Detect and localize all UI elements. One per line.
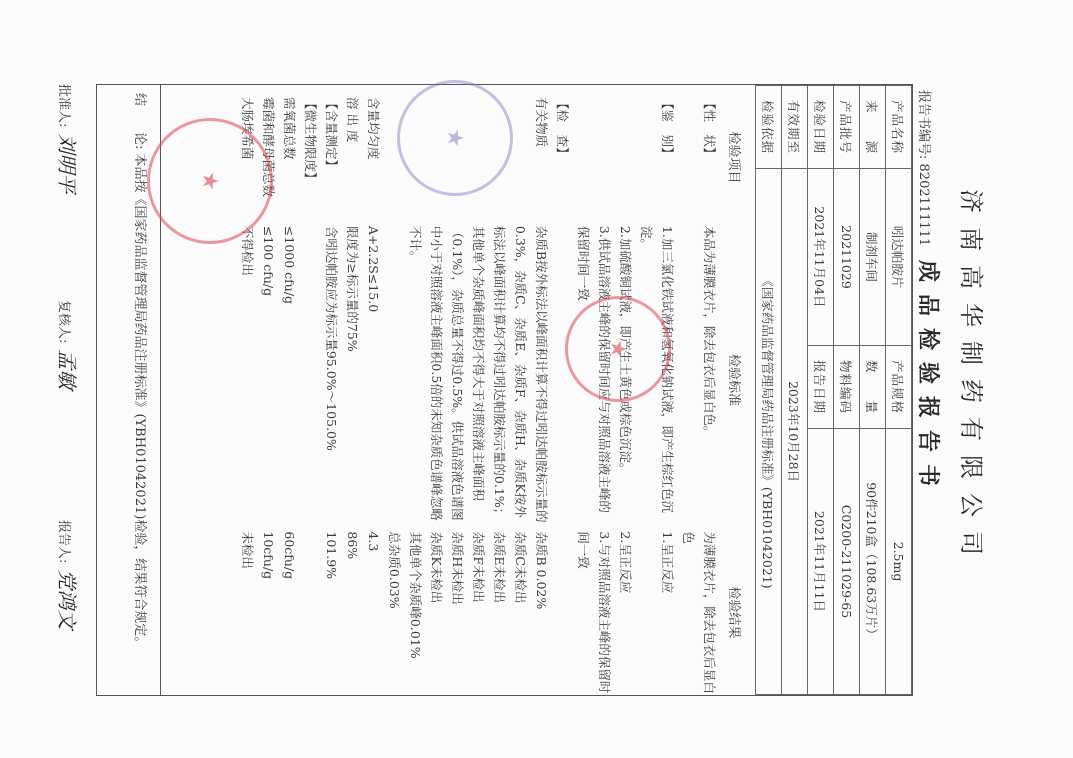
report-title: 成品检验报告书 (914, 0, 945, 758)
reporter-label: 报告人: (56, 520, 71, 563)
row-standard (552, 226, 573, 523)
row-item (573, 85, 615, 226)
row-result: 10cfu/g (258, 523, 279, 695)
row-item: 【性 状】 (678, 85, 720, 226)
report-date: 2021年11月11日 (808, 428, 834, 694)
row-standard (300, 226, 321, 523)
inspection-report-page: 济南高华制药有限公司 报告书编号: 8202111111 成品检验报告书 产品名… (0, 0, 1073, 758)
row-standard: ≤100 cfu/g (258, 226, 279, 523)
row-result (300, 523, 321, 695)
spec: 2.5mg (886, 428, 912, 694)
result-row: 【含量测定】含吲达帕胺应为标示量95.0%～105.0%101.9% (321, 85, 342, 695)
conclusion-text: 本品按《国家药品监督管理局药品注册标准》(YBH01042021)检验，结果符合… (132, 154, 147, 650)
approver-label: 批准人: (56, 84, 71, 127)
company-stamp: ★ (147, 118, 273, 244)
row-result: 为薄膜衣片，除去包衣后显白色 (678, 523, 720, 695)
reporter: 报告人:党鸿文 (54, 520, 83, 629)
row-item: 【含量测定】 (321, 85, 342, 226)
row-result: 101.9% (321, 523, 342, 695)
row-item (615, 85, 636, 226)
qc-stamp: ★ (397, 80, 513, 196)
quantity: 90件210盒（108.63万片） (860, 428, 886, 694)
batch-label: 产品批号 (834, 86, 860, 169)
row-result: 1.呈正反应 (636, 523, 678, 695)
result-row: 【微生物限度】 (300, 85, 321, 695)
reviewer: 复核人:孟敏 (54, 300, 83, 389)
material-code: C0200-211029-65 (834, 428, 860, 694)
column-standard: 检验标准 (726, 230, 745, 530)
result-row: 【性 状】本品为薄膜衣片，除去包衣后显白色。为薄膜衣片，除去包衣后显白色 (678, 85, 720, 695)
row-result: 2.呈正反应 (615, 523, 636, 695)
row-item: 含量均匀度 (363, 85, 384, 226)
approver-signature: 刘明平 (55, 133, 79, 193)
row-standard: 含吲达帕胺应为标示量95.0%～105.0% (321, 226, 342, 523)
source: 制剂车间 (860, 169, 886, 346)
batch: 20211029 (834, 169, 860, 346)
qa-stamp: ★ (565, 296, 671, 402)
source-label: 来 源 (860, 86, 886, 169)
row-result: 杂质B 0.02% 杂质C未检出 杂质E未检出 杂质F未检出 杂质H未检出 杂质… (384, 523, 552, 695)
row-standard: 本品为薄膜衣片，除去包衣后显白色。 (678, 226, 720, 523)
expiry-label: 有效期至 (782, 86, 808, 169)
result-row: 【检 查】 (552, 85, 573, 695)
material-code-label: 物料编码 (834, 345, 860, 428)
row-item: 需氧菌总数 (279, 85, 300, 226)
results-header: 检验项目 检验标准 检验结果 (720, 85, 755, 695)
test-date: 2021年11月04日 (808, 169, 834, 346)
result-row: 溶 出 度限度为≥标示量的75%86% (342, 85, 363, 695)
conclusion-label: 结 论: (132, 93, 147, 149)
basis: 《国家药品监督管理局药品注册标准》(YBH01042021) (756, 169, 782, 695)
row-standard: 限度为≥标示量的75% (342, 226, 363, 523)
reviewer-label: 复核人: (56, 300, 71, 343)
star-icon: ★ (606, 339, 631, 359)
row-item: 【检 查】 (552, 85, 573, 226)
row-standard: 杂质B按外标法以峰面积计算不得过吲达帕胺标示量的0.3%，杂质C、杂质E、杂质F… (384, 226, 552, 523)
star-icon: ★ (443, 128, 468, 148)
company-name: 济南高华制药有限公司 (956, 0, 991, 758)
star-icon: ★ (198, 171, 223, 191)
spec-label: 产品规格 (886, 345, 912, 428)
row-result: 60cfu/g (279, 523, 300, 695)
column-item: 检验项目 (726, 85, 745, 230)
reviewer-signature: 孟敏 (55, 349, 79, 389)
result-row: 需氧菌总数≤1000 cfu/g60cfu/g (279, 85, 300, 695)
product-name: 吲达帕胺片 (886, 169, 912, 346)
product-name-label: 产品名称 (886, 86, 912, 169)
basis-label: 检验依据 (756, 86, 782, 169)
row-result: 86% (342, 523, 363, 695)
row-standard: A+2.2S≤15.0 (363, 226, 384, 523)
row-result: 4.3 (363, 523, 384, 695)
quantity-label: 数 量 (860, 345, 886, 428)
row-item: 【鉴 别】 (636, 85, 678, 226)
row-result: 未检出 (237, 523, 258, 695)
report-date-label: 报告日期 (808, 345, 834, 428)
row-item: 溶 出 度 (342, 85, 363, 226)
row-result: 3.与对照品溶液主峰的保留时间一致 (573, 523, 615, 695)
row-standard: ≤1000 cfu/g (279, 226, 300, 523)
product-info-table: 产品名称 吲达帕胺片 产品规格 2.5mg 来 源 制剂车间 数 量 90件21… (755, 85, 912, 695)
row-item: 【微生物限度】 (300, 85, 321, 226)
row-result (552, 523, 573, 695)
test-date-label: 检验日期 (808, 86, 834, 169)
reporter-signature: 党鸿文 (55, 569, 79, 629)
expiry: 2023年10月28日 (782, 169, 808, 695)
column-result: 检验结果 (726, 530, 745, 695)
row-standard: 不得检出 (237, 226, 258, 523)
result-row: 含量均匀度A+2.2S≤15.04.3 (363, 85, 384, 695)
approver: 批准人:刘明平 (54, 84, 83, 193)
